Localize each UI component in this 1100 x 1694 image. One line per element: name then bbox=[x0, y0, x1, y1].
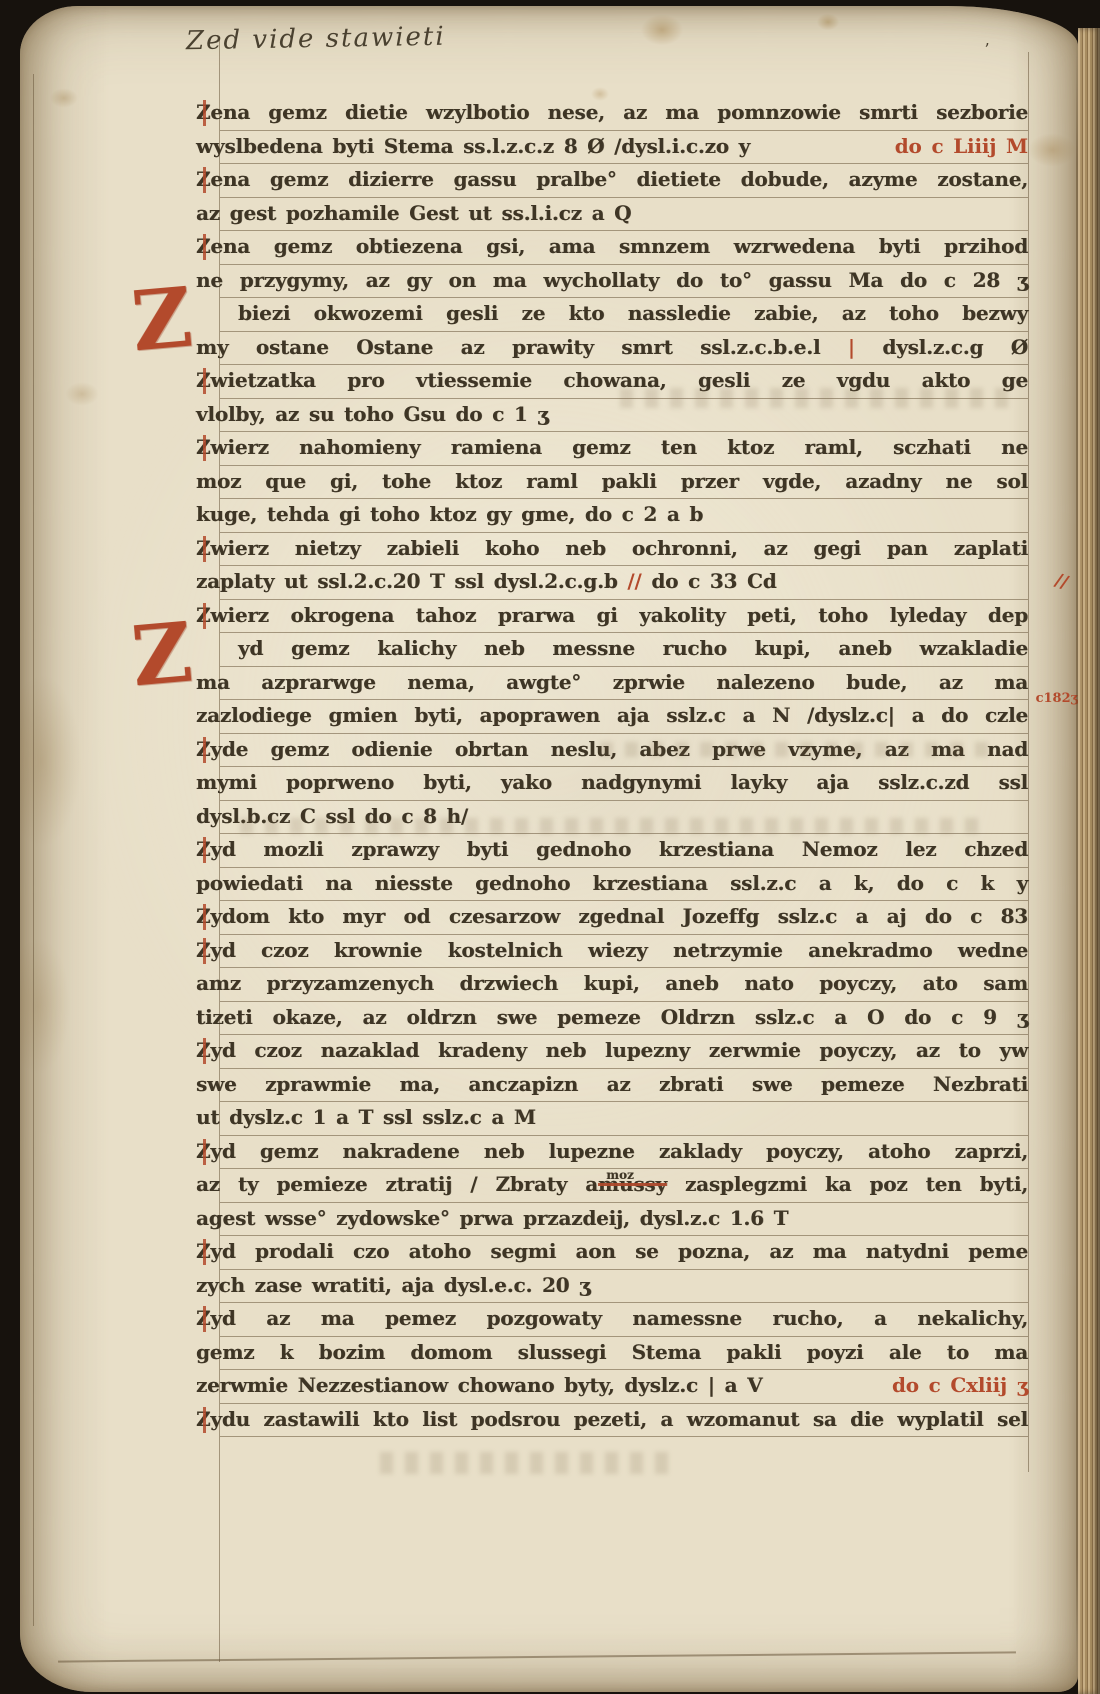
ink-text: dysl.z.c.g Ø bbox=[882, 335, 1028, 359]
ink-text: tizeti okaze, az oldrzn swe pemeze Oldrz… bbox=[196, 1005, 1028, 1029]
manuscript-line: ne przygymy, az gy on ma wychollaty do t… bbox=[196, 264, 1028, 298]
manuscript-line: Zwierz nahomieny ramiena gemz ten ktoz r… bbox=[196, 431, 1028, 465]
manuscript-line: Zyde gemz odienie obrtan neslu, abez prw… bbox=[196, 733, 1028, 767]
red-ink-text: // bbox=[627, 569, 651, 593]
manuscript-line: my ostane Ostane az prawity smrt ssl.z.c… bbox=[196, 331, 1028, 365]
manuscript-line: Zyd az ma pemez pozgowaty namessne rucho… bbox=[196, 1302, 1028, 1336]
rubricated-initial: Z bbox=[196, 1235, 210, 1269]
ink-text: Zena gemz dietie wzylbotio nese, az ma p… bbox=[196, 100, 1028, 124]
ink-text: agest wsse° zydowske° prwa przazdeij, dy… bbox=[196, 1206, 788, 1230]
manuscript-line: zaplaty ut ssl.2.c.20 T ssl dysl.2.c.g.b… bbox=[196, 565, 1028, 599]
manuscript-line: yd gemz kalichy neb messne rucho kupi, a… bbox=[196, 632, 1028, 666]
rubricated-initial: Z bbox=[196, 934, 210, 968]
ink-text: vlolby, az su toho Gsu do c 1 ʒ bbox=[196, 402, 549, 426]
rubricated-initial: Z bbox=[196, 431, 210, 465]
text-block: Zena gemz dietie wzylbotio nese, az ma p… bbox=[196, 96, 1028, 1436]
ink-text: Zwierz nietzy zabieli koho neb ochronni,… bbox=[196, 536, 1028, 560]
red-ink-text: do c Liiij M bbox=[895, 130, 1028, 164]
manuscript-line: Zydu zastawili kto list podsrou pezeti, … bbox=[196, 1403, 1028, 1437]
ink-text: zasplegzmi ka poz ten byti, bbox=[667, 1172, 1028, 1196]
page-edge-line bbox=[1076, 30, 1078, 1690]
ink-text: zaplaty ut ssl.2.c.20 T ssl dysl.2.c.g.b bbox=[196, 569, 627, 593]
rubricated-initial: Z bbox=[196, 532, 210, 566]
red-ink-text: | bbox=[820, 335, 882, 359]
margin-note: c182ʒ bbox=[1036, 682, 1078, 716]
manuscript-line: ut dyslz.c 1 a T ssl sslz.c a M bbox=[196, 1101, 1028, 1135]
ink-text: zazlodiege gmien byti, apoprawen aja ssl… bbox=[196, 703, 1028, 727]
ink-text: Zyd mozli zprawzy byti gednoho krzestian… bbox=[196, 837, 1028, 861]
manuscript-line: Zena gemz dizierre gassu pralbe° dietiet… bbox=[196, 163, 1028, 197]
rubricated-initial: Z bbox=[196, 599, 210, 633]
ink-text: ne przygymy, az gy on ma wychollaty do t… bbox=[196, 268, 1028, 292]
manuscript-line: powiedati na niesste gednoho krzestiana … bbox=[196, 867, 1028, 901]
ink-text: mussymoz bbox=[598, 1172, 667, 1196]
ink-text: my ostane Ostane az prawity smrt ssl.z.c… bbox=[196, 335, 820, 359]
ruling-line-text-right bbox=[1028, 52, 1029, 1472]
rubricated-initial: Z bbox=[196, 96, 210, 130]
manuscript-line: Zyd czoz krownie kostelnich wiezy netrzy… bbox=[196, 934, 1028, 968]
manuscript-line: Zyd czoz nazaklad kradeny neb lupezny ze… bbox=[196, 1034, 1028, 1068]
rubricated-initial: Z bbox=[196, 1034, 210, 1068]
manuscript-line: wyslbedena byti Stema ss.l.z.c.z 8 Ø /dy… bbox=[196, 130, 1028, 164]
ink-text: Zyd az ma pemez pozgowaty namessne rucho… bbox=[196, 1306, 1028, 1330]
interlinear-correction: moz bbox=[606, 1159, 634, 1193]
manuscript-line: zerwmie Nezzestianow chowano byty, dyslz… bbox=[196, 1369, 1028, 1403]
manuscript-line: amz przyzamzenych drzwiech kupi, aneb na… bbox=[196, 967, 1028, 1001]
manuscript-line: Zwierz nietzy zabieli koho neb ochronni,… bbox=[196, 532, 1028, 566]
ink-text: Zyd prodali czo atoho segmi aon se pozna… bbox=[196, 1239, 1028, 1263]
manuscript-line: gemz k bozim domom slussegi Stema pakli … bbox=[196, 1336, 1028, 1370]
ink-text: amz przyzamzenych drzwiech kupi, aneb na… bbox=[196, 971, 1028, 995]
ink-text: Zydom kto myr od czesarzow zgednal Jozef… bbox=[196, 904, 1028, 928]
drop-cap-initial: Z bbox=[129, 618, 195, 693]
manuscript-line: Zyd mozli zprawzy byti gednoho krzestian… bbox=[196, 833, 1028, 867]
ink-text: zerwmie Nezzestianow chowano byty, dyslz… bbox=[196, 1369, 762, 1403]
ink-text: dysl.b.cz C ssl do c 8 h/ bbox=[196, 804, 468, 828]
ink-text: mymi poprweno byti, yako nadgynymi layky… bbox=[196, 770, 1028, 794]
ink-text: swe zprawmie ma, anczapizn az zbrati swe… bbox=[196, 1072, 1028, 1096]
ink-text: Zwietzatka pro vtiessemie chowana, gesli… bbox=[196, 368, 1028, 392]
ink-text: az gest pozhamile Gest ut ss.l.i.cz a Q bbox=[196, 201, 631, 225]
manuscript-line: Zwietzatka pro vtiessemie chowana, gesli… bbox=[196, 364, 1028, 398]
manuscript-line: Zwierz okrogena tahoz prarwa gi yakolity… bbox=[196, 599, 1028, 633]
ink-text: biezi okwozemi gesli ze kto nassledie za… bbox=[238, 301, 1028, 325]
ink-text: Zwierz okrogena tahoz prarwa gi yakolity… bbox=[196, 603, 1028, 627]
ink-text: kuge, tehda gi toho ktoz gy gme, do c 2 … bbox=[196, 502, 703, 526]
rubricated-initial: Z bbox=[196, 833, 210, 867]
manuscript-line: zych zase wratiti, aja dysl.e.c. 20 ʒ bbox=[196, 1269, 1028, 1303]
corner-ink-mark: ʼ bbox=[984, 40, 989, 59]
manuscript-line: tizeti okaze, az oldrzn swe pemeze Oldrz… bbox=[196, 1001, 1028, 1035]
manuscript-line: Zydom kto myr od czesarzow zgednal Jozef… bbox=[196, 900, 1028, 934]
manuscript-line: Zyd prodali czo atoho segmi aon se pozna… bbox=[196, 1235, 1028, 1269]
manuscript-line: Zena gemz dietie wzylbotio nese, az ma p… bbox=[196, 96, 1028, 130]
ink-text: gemz k bozim domom slussegi Stema pakli … bbox=[196, 1340, 1028, 1364]
ink-text: az ty pemieze ztratij / Zbraty a bbox=[196, 1172, 598, 1196]
ink-text: Zydu zastawili kto list podsrou pezeti, … bbox=[196, 1407, 1028, 1431]
manuscript-line: biezi okwozemi gesli ze kto nassledie za… bbox=[196, 297, 1028, 331]
ink-text: wyslbedena byti Stema ss.l.z.c.z 8 Ø /dy… bbox=[196, 130, 750, 164]
manuscript-line: zazlodiege gmien byti, apoprawen aja ssl… bbox=[196, 699, 1028, 733]
drop-cap-initial: Z bbox=[129, 283, 195, 358]
red-ink-text: do c Cxliij ʒ bbox=[892, 1369, 1028, 1403]
book-fore-edge bbox=[1078, 28, 1100, 1694]
ruling-line-left-margin bbox=[33, 74, 34, 1626]
ink-text: yd gemz kalichy neb messne rucho kupi, a… bbox=[238, 636, 1028, 660]
manuscript-line: mymi poprweno byti, yako nadgynymi layky… bbox=[196, 766, 1028, 800]
manuscript-line: agest wsse° zydowske° prwa przazdeij, dy… bbox=[196, 1202, 1028, 1236]
rubricated-initial: Z bbox=[196, 1135, 210, 1169]
ink-text: zych zase wratiti, aja dysl.e.c. 20 ʒ bbox=[196, 1273, 590, 1297]
ink-text: ma azprarwge nema, awgte° zprwie nalezen… bbox=[196, 670, 1028, 694]
manuscript-line: kuge, tehda gi toho ktoz gy gme, do c 2 … bbox=[196, 498, 1028, 532]
manuscript-line: ma azprarwge nema, awgte° zprwie nalezen… bbox=[196, 666, 1028, 700]
photo-background: { "photo": { "background_color": "#17120… bbox=[0, 0, 1100, 1694]
ink-text: ut dyslz.c 1 a T ssl sslz.c a M bbox=[196, 1105, 536, 1129]
manuscript-line: az ty pemieze ztratij / Zbraty amussymoz… bbox=[196, 1168, 1028, 1202]
rubricated-initial: Z bbox=[196, 163, 210, 197]
manuscript-line: dysl.b.cz C ssl do c 8 h/ bbox=[196, 800, 1028, 834]
ink-text: Zena gemz obtiezena gsi, ama smnzem wzrw… bbox=[196, 234, 1028, 258]
rubricated-initial: Z bbox=[196, 733, 210, 767]
running-header: Zed vide stawieti bbox=[186, 22, 446, 57]
rubricated-initial: Z bbox=[196, 900, 210, 934]
manuscript-line: swe zprawmie ma, anczapizn az zbrati swe… bbox=[196, 1068, 1028, 1102]
ink-text: Zyde gemz odienie obrtan neslu, abez prw… bbox=[196, 737, 1028, 761]
ink-text: Zwierz nahomieny ramiena gemz ten ktoz r… bbox=[196, 435, 1028, 459]
rubricated-initial: Z bbox=[196, 1403, 210, 1437]
rubricated-initial: Z bbox=[196, 364, 210, 398]
rubricated-initial: Z bbox=[196, 1302, 210, 1336]
ink-text: Zyd czoz krownie kostelnich wiezy netrzy… bbox=[196, 938, 1028, 962]
ink-text: powiedati na niesste gednoho krzestiana … bbox=[196, 871, 1028, 895]
ink-text: Zyd czoz nazaklad kradeny neb lupezny ze… bbox=[196, 1038, 1028, 1062]
manuscript-line: moz que gi, tohe ktoz raml pakli przer v… bbox=[196, 465, 1028, 499]
manuscript-line: vlolby, az su toho Gsu do c 1 ʒ bbox=[196, 398, 1028, 432]
rubricated-initial: Z bbox=[196, 230, 210, 264]
ink-text: Zena gemz dizierre gassu pralbe° dietiet… bbox=[196, 167, 1028, 191]
manuscript-line: Zena gemz obtiezena gsi, ama smnzem wzrw… bbox=[196, 230, 1028, 264]
ink-text: moz que gi, tohe ktoz raml pakli przer v… bbox=[196, 469, 1028, 493]
manuscript-line: az gest pozhamile Gest ut ss.l.i.cz a Q bbox=[196, 197, 1028, 231]
ink-text: do c 33 Cd bbox=[651, 569, 776, 593]
